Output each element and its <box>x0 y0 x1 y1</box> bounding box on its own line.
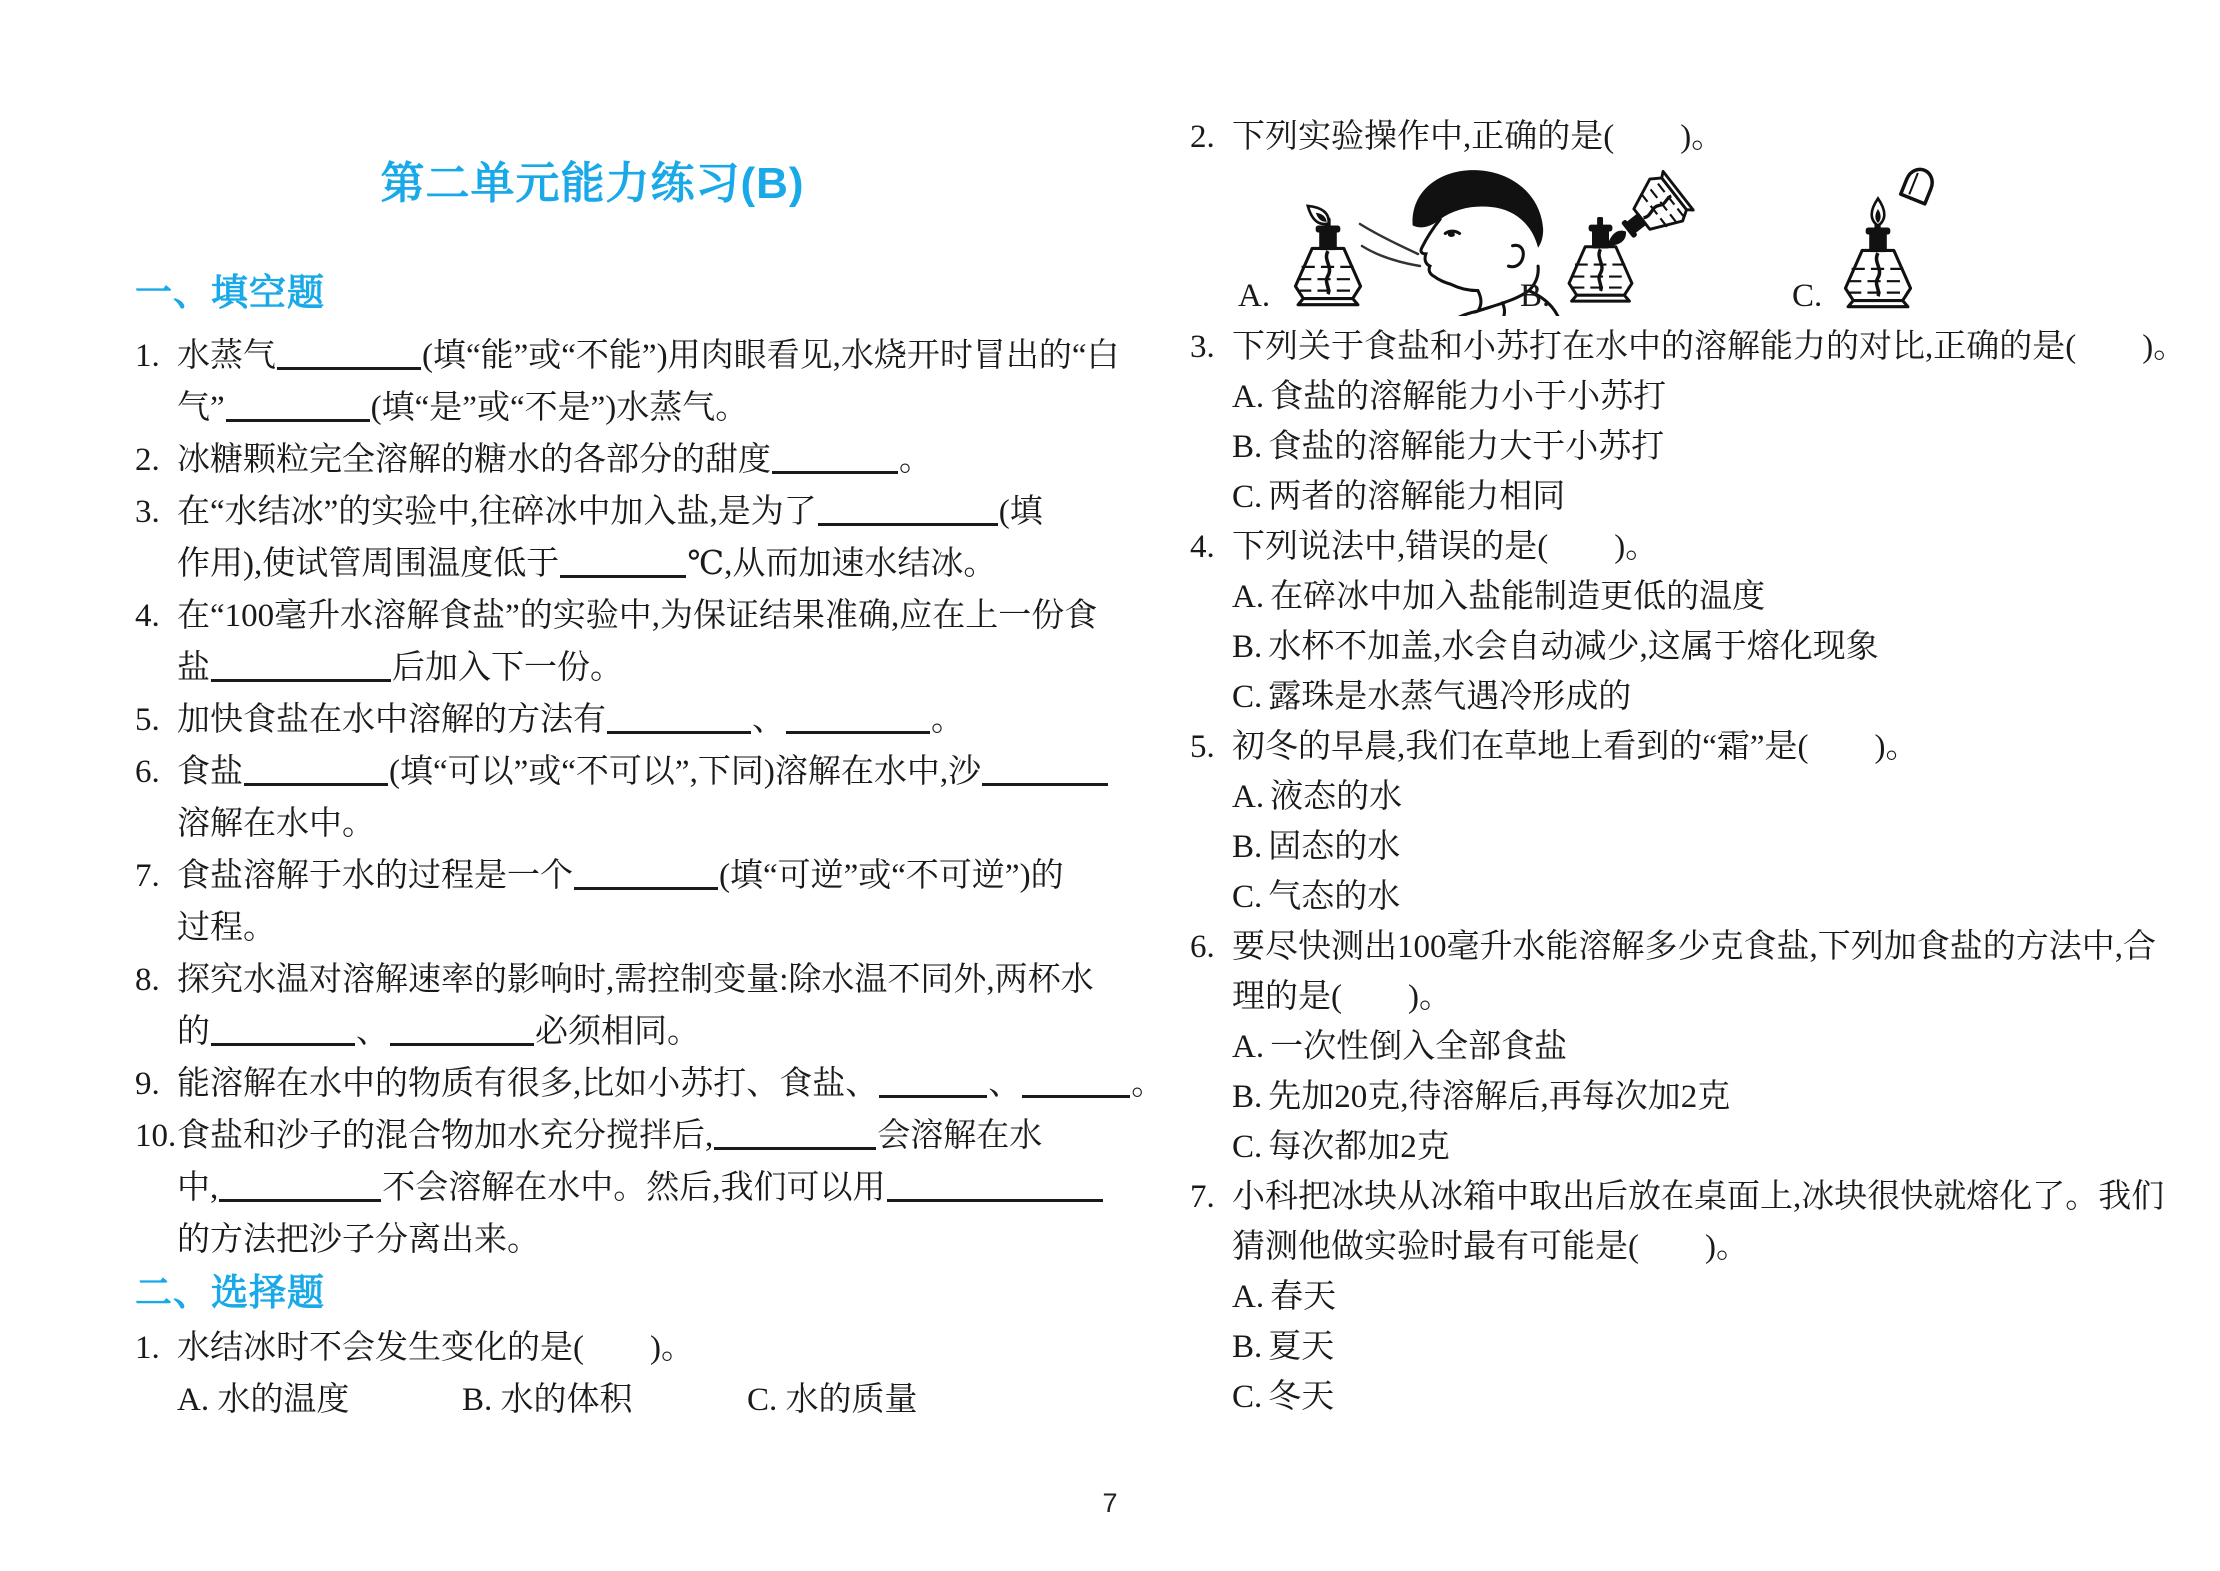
option-text: 两者的溶解能力相同 <box>1268 479 1565 515</box>
option-text: 液态的水 <box>1270 779 1402 815</box>
question-number: 9. <box>135 1058 177 1110</box>
question-line: 7.小科把冰块从冰箱中取出后放在桌面上,冰块很快就熔化了。我们 <box>1232 1172 2100 1222</box>
question: 5.初冬的早晨,我们在草地上看到的“霜”是( )。A.液态的水B.固态的水C.气… <box>1190 722 2100 922</box>
question-line: 4.下列说法中,错误的是( )。 <box>1232 522 2100 572</box>
option-label: A. <box>1232 1279 1264 1315</box>
right-column: 2.下列实验操作中,正确的是( )。 A. <box>1190 0 2100 1422</box>
option-text: 冬天 <box>1268 1379 1334 1415</box>
worksheet-page: 第二单元能力练习(B) 一、填空题 1.水蒸气(填“能”或“不能”)用肉眼看见,… <box>0 0 2220 1571</box>
option-label: B. <box>1232 1329 1262 1365</box>
figure-option-a: A. <box>1238 166 1568 316</box>
option-text: 在碎冰中加入盐能制造更低的温度 <box>1270 579 1765 615</box>
option-text: 先加20克,待溶解后,再每次加2克 <box>1268 1079 1730 1115</box>
option: B.食盐的溶解能力大于小苏打 <box>1232 422 2100 472</box>
option: A.液态的水 <box>1232 772 2100 822</box>
question-number: 4. <box>1190 522 1232 572</box>
question-line: 盐后加入下一份。 <box>177 642 1050 694</box>
option-label: C. <box>1232 679 1262 715</box>
option: B. 水的体积 <box>462 1374 747 1426</box>
option: C. 水的质量 <box>747 1374 1032 1426</box>
option-text: 水杯不加盖,水会自动减少,这属于熔化现象 <box>1268 629 1879 665</box>
option: B.水杯不加盖,水会自动减少,这属于熔化现象 <box>1232 622 2100 672</box>
figure-label: B. <box>1520 276 1550 316</box>
question-line: 猜测他做实验时最有可能是( )。 <box>1232 1222 2100 1272</box>
question: 7.食盐溶解于水的过程是一个(填“可逆”或“不可逆”)的过程。 <box>135 850 1050 954</box>
question-number: 5. <box>1190 722 1232 772</box>
question-line: 8.探究水温对溶解速率的影响时,需控制变量:除水温不同外,两杯水 <box>177 954 1050 1006</box>
option: B.固态的水 <box>1232 822 2100 872</box>
question-number: 2. <box>1190 112 1232 162</box>
question-number: 10. <box>135 1110 177 1162</box>
question-line: 9.能溶解在水中的物质有很多,比如小苏打、食盐、、。 <box>177 1058 1050 1110</box>
section-heading-multiple-choice: 二、选择题 <box>135 1270 1050 1316</box>
question-line: 3.在“水结冰”的实验中,往碎冰中加入盐,是为了(填 <box>177 486 1050 538</box>
blank-underline <box>714 1147 876 1150</box>
question: 8.探究水温对溶解速率的影响时,需控制变量:除水温不同外,两杯水的、必须相同。 <box>135 954 1050 1058</box>
question: 1.水结冰时不会发生变化的是( )。A. 水的温度B. 水的体积C. 水的质量 <box>135 1322 1050 1426</box>
blank-underline <box>390 1043 534 1046</box>
question-number: 5. <box>135 694 177 746</box>
question-number: 1. <box>135 330 177 382</box>
option: A.在碎冰中加入盐能制造更低的温度 <box>1232 572 2100 622</box>
left-column: 第二单元能力练习(B) 一、填空题 1.水蒸气(填“能”或“不能”)用肉眼看见,… <box>135 0 1050 1426</box>
question-line: 1.水结冰时不会发生变化的是( )。 <box>177 1322 1050 1374</box>
question-line: 5.加快食盐在水中溶解的方法有、。 <box>177 694 1050 746</box>
question-line: 3.下列关于食盐和小苏打在水中的溶解能力的对比,正确的是( )。 <box>1232 322 2100 372</box>
option-label: B. <box>1232 1079 1262 1115</box>
option-text: 气态的水 <box>1268 879 1400 915</box>
lighting-lamp-from-lamp-illustration <box>1558 166 1733 316</box>
blank-underline <box>879 1095 987 1098</box>
question-number: 2. <box>135 434 177 486</box>
question-line: 的方法把沙子分离出来。 <box>177 1214 1050 1266</box>
question: 5.加快食盐在水中溶解的方法有、。 <box>135 694 1050 746</box>
question: 6.要尽快测出100毫升水能溶解多少克食盐,下列加食盐的方法中,合理的是( )。… <box>1190 922 2100 1172</box>
option-label: A. <box>1232 579 1264 615</box>
question: 3.下列关于食盐和小苏打在水中的溶解能力的对比,正确的是( )。A.食盐的溶解能… <box>1190 322 2100 522</box>
blank-underline <box>211 679 391 682</box>
question: 7.小科把冰块从冰箱中取出后放在桌面上,冰块很快就熔化了。我们猜测他做实验时最有… <box>1190 1172 2100 1422</box>
question-line: 作用),使试管周围温度低于℃,从而加速水结冰。 <box>177 538 1050 590</box>
blank-underline <box>818 523 998 526</box>
question: 6.食盐(填“可以”或“不可以”,下同)溶解在水中,沙溶解在水中。 <box>135 746 1050 850</box>
blank-underline <box>211 1043 355 1046</box>
option-label: B. <box>1232 429 1262 465</box>
question-line: 的、必须相同。 <box>177 1006 1050 1058</box>
blank-underline <box>982 783 1108 786</box>
question-number: 6. <box>135 746 177 798</box>
question: 2.下列实验操作中,正确的是( )。 A. <box>1190 112 2100 316</box>
option: A.春天 <box>1232 1272 2100 1322</box>
figure-label: C. <box>1792 276 1822 316</box>
figure-option-b: B. <box>1520 166 1733 316</box>
options-row: A. 水的温度B. 水的体积C. 水的质量 <box>177 1374 1050 1426</box>
option: C.两者的溶解能力相同 <box>1232 472 2100 522</box>
question-number: 7. <box>1190 1172 1232 1222</box>
question-line: 溶解在水中。 <box>177 798 1050 850</box>
question-line: 6.要尽快测出100毫升水能溶解多少克食盐,下列加食盐的方法中,合 <box>1232 922 2100 972</box>
question: 4.下列说法中,错误的是( )。A.在碎冰中加入盐能制造更低的温度B.水杯不加盖… <box>1190 522 2100 722</box>
blank-underline <box>226 419 370 422</box>
figure-row: A. <box>1232 166 2100 316</box>
option-text: 夏天 <box>1268 1329 1334 1365</box>
blank-underline <box>244 783 388 786</box>
blank-underline <box>1022 1095 1130 1098</box>
option-text: 一次性倒入全部食盐 <box>1270 1029 1567 1065</box>
question: 2.冰糖颗粒完全溶解的糖水的各部分的甜度。 <box>135 434 1050 486</box>
option-label: C. <box>1232 1379 1262 1415</box>
fill-in-blank-questions: 1.水蒸气(填“能”或“不能”)用肉眼看见,水烧开时冒出的“白气”(填“是”或“… <box>135 330 1050 1266</box>
question-line: 7.食盐溶解于水的过程是一个(填“可逆”或“不可逆”)的 <box>177 850 1050 902</box>
question-number: 7. <box>135 850 177 902</box>
option: C.每次都加2克 <box>1232 1122 2100 1172</box>
figure-option-c: C. <box>1792 166 1945 316</box>
option-label: C. <box>1232 479 1262 515</box>
question-line: 2.下列实验操作中,正确的是( )。 <box>1232 112 2100 162</box>
blank-underline <box>786 731 930 734</box>
option: C.露珠是水蒸气遇冷形成的 <box>1232 672 2100 722</box>
option: A.一次性倒入全部食盐 <box>1232 1022 2100 1072</box>
blank-underline <box>219 1199 381 1202</box>
option-label: A. <box>1232 379 1264 415</box>
lamp-cap-icon <box>1901 166 1937 204</box>
option-label: B. <box>1232 629 1262 665</box>
question-line: 2.冰糖颗粒完全溶解的糖水的各部分的甜度。 <box>177 434 1050 486</box>
multiple-choice-questions-left: 1.水结冰时不会发生变化的是( )。A. 水的温度B. 水的体积C. 水的质量 <box>135 1322 1050 1426</box>
question-line: 4.在“100毫升水溶解食盐”的实验中,为保证结果准确,应在上一份食 <box>177 590 1050 642</box>
question-number: 3. <box>1190 322 1232 372</box>
question: 3.在“水结冰”的实验中,往碎冰中加入盐,是为了(填作用),使试管周围温度低于℃… <box>135 486 1050 590</box>
question-number: 1. <box>135 1322 177 1374</box>
question-number: 3. <box>135 486 177 538</box>
option-text: 露珠是水蒸气遇冷形成的 <box>1268 679 1631 715</box>
question-line: 理的是( )。 <box>1232 972 2100 1022</box>
blank-underline <box>772 471 898 474</box>
option: C.冬天 <box>1232 1372 2100 1422</box>
option-text: 食盐的溶解能力小于小苏打 <box>1270 379 1666 415</box>
option-text: 食盐的溶解能力大于小苏打 <box>1268 429 1664 465</box>
question-number: 6. <box>1190 922 1232 972</box>
page-title: 第二单元能力练习(B) <box>135 158 1050 210</box>
option: C.气态的水 <box>1232 872 2100 922</box>
question: 9.能溶解在水中的物质有很多,比如小苏打、食盐、、。 <box>135 1058 1050 1110</box>
question-line: 气”(填“是”或“不是”)水蒸气。 <box>177 382 1050 434</box>
option-label: A. <box>1232 1029 1264 1065</box>
capping-lamp-illustration <box>1830 166 1945 316</box>
option-label: A. <box>1232 779 1264 815</box>
question-line: 5.初冬的早晨,我们在草地上看到的“霜”是( )。 <box>1232 722 2100 772</box>
question-line: 1.水蒸气(填“能”或“不能”)用肉眼看见,水烧开时冒出的“白 <box>177 330 1050 382</box>
question-line: 过程。 <box>177 902 1050 954</box>
question-number: 8. <box>135 954 177 1006</box>
option-text: 每次都加2克 <box>1268 1129 1450 1165</box>
question-line: 中,不会溶解在水中。然后,我们可以用 <box>177 1162 1050 1214</box>
option-text: 春天 <box>1270 1279 1336 1315</box>
figure-label: A. <box>1238 276 1270 316</box>
option-label: B. <box>1232 829 1262 865</box>
blank-underline <box>560 575 686 578</box>
blank-underline <box>887 1199 1103 1202</box>
question-line: 6.食盐(填“可以”或“不可以”,下同)溶解在水中,沙 <box>177 746 1050 798</box>
blank-underline <box>607 731 751 734</box>
question: 10.食盐和沙子的混合物加水充分搅拌后,会溶解在水中,不会溶解在水中。然后,我们… <box>135 1110 1050 1266</box>
page-number: 7 <box>0 1488 2220 1519</box>
option: A.食盐的溶解能力小于小苏打 <box>1232 372 2100 422</box>
option-text: 固态的水 <box>1268 829 1400 865</box>
question: 4.在“100毫升水溶解食盐”的实验中,为保证结果准确,应在上一份食盐后加入下一… <box>135 590 1050 694</box>
option-label: C. <box>1232 879 1262 915</box>
question-line: 10.食盐和沙子的混合物加水充分搅拌后,会溶解在水 <box>177 1110 1050 1162</box>
question: 1.水蒸气(填“能”或“不能”)用肉眼看见,水烧开时冒出的“白气”(填“是”或“… <box>135 330 1050 434</box>
question-number: 4. <box>135 590 177 642</box>
section-heading-fill-in-blanks: 一、填空题 <box>135 270 1050 316</box>
blank-underline <box>277 367 421 370</box>
blank-underline <box>574 887 718 890</box>
flame-icon <box>1872 198 1885 225</box>
option: A. 水的温度 <box>177 1374 462 1426</box>
flame-icon <box>1304 201 1333 228</box>
option: B.夏天 <box>1232 1322 2100 1372</box>
option: B.先加20克,待溶解后,再每次加2克 <box>1232 1072 2100 1122</box>
option-label: C. <box>1232 1129 1262 1165</box>
